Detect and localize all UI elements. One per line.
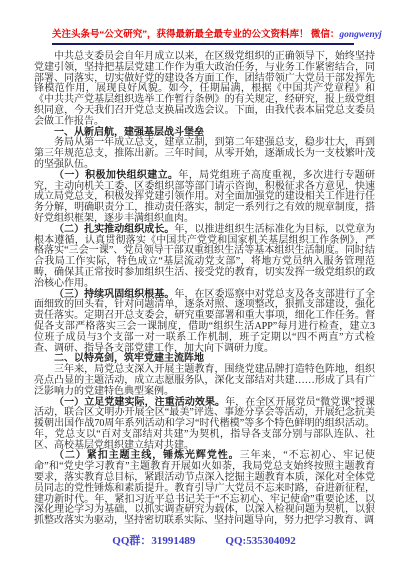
section-1-item-1: （一）积极加快组织建立。年，局党组班子高度重视，多次进行专题研究，主动向机关工委… <box>34 171 375 225</box>
header-banner: 关注头条号“公文研究”，获得最新最全最专业的公文资料库！ 微信：gongweny… <box>52 26 354 45</box>
qq-number: 535304092 <box>246 535 296 547</box>
paragraph-lead: （二）紧扣主题主线，锤炼光辉党性。 <box>54 450 240 461</box>
qq-label: QQ: <box>225 535 246 547</box>
paragraph-lead: （一）积极加快组织建立。 <box>54 170 178 181</box>
paragraph-lead: （一）立足党建实际，注重活动效果。 <box>54 397 225 408</box>
header-notice-text: 关注头条号“公文研究”，获得最新最全最专业的公文资料库！ 微信： <box>52 30 339 40</box>
qq-group-number: 31991489 <box>151 535 195 547</box>
section-1-item-2: （二）扎实推动组织成长。年，以推进组织生活标准化为目标，以党章为根本遵循，认真贯… <box>34 225 375 290</box>
footer-contact: QQ群：31991489QQ:535304092 <box>0 532 408 548</box>
intro-paragraph: 中共总支委员会自年月成立以来，在区级党组织的正确领导下，始终坚持党建引领，坚持把… <box>34 52 375 128</box>
paragraph-text: 年，在区委巡察中对党总支及各支部进行了全面细致的回头看，针对问题清单，逐条对照、… <box>34 289 375 354</box>
qq-group-label: QQ群： <box>112 535 151 547</box>
section-2-item-1: （一）立足党建实际，注重活动效果。年，在全区开展党员“微党课”授课活动，联合区文… <box>34 398 375 452</box>
header-wechat-id: gongwenyj <box>339 30 381 40</box>
section-1-item-3: （三）持续巩固组织根基。年，在区委巡察中对党总支及各支部进行了全面细致的回头看，… <box>34 290 375 355</box>
section-2-intro: 三年来，局党总支深入开展主题教育，围绕党建品牌打造特色阵地，组织亮点凸显的主题活… <box>34 365 375 397</box>
document-body: 中共总支委员会自年月成立以来，在区级党组织的正确领导下，始终坚持党建引领，坚持把… <box>34 52 375 527</box>
paragraph-lead: （二）扎实推动组织成长。 <box>54 224 174 235</box>
document-page: 关注头条号“公文研究”，获得最新最全最专业的公文资料库！ 微信：gongweny… <box>0 0 408 580</box>
paragraph-text: 三年来，“不忘初心、牢记使命”和“党史学习教育”主题教育开展如火如荼，我局党总支… <box>34 450 375 526</box>
paragraph-lead: （三）持续巩固组织根基。 <box>54 289 174 300</box>
section-1-intro: 务局从第一年成立总支，建章立制，到第二年建强总支，稳步壮大，再到第三年规范总支，… <box>34 138 375 170</box>
section-2-item-2: （二）紧扣主题主线，锤炼光辉党性。三年来，“不忘初心、牢记使命”和“党史学习教育… <box>34 451 375 527</box>
